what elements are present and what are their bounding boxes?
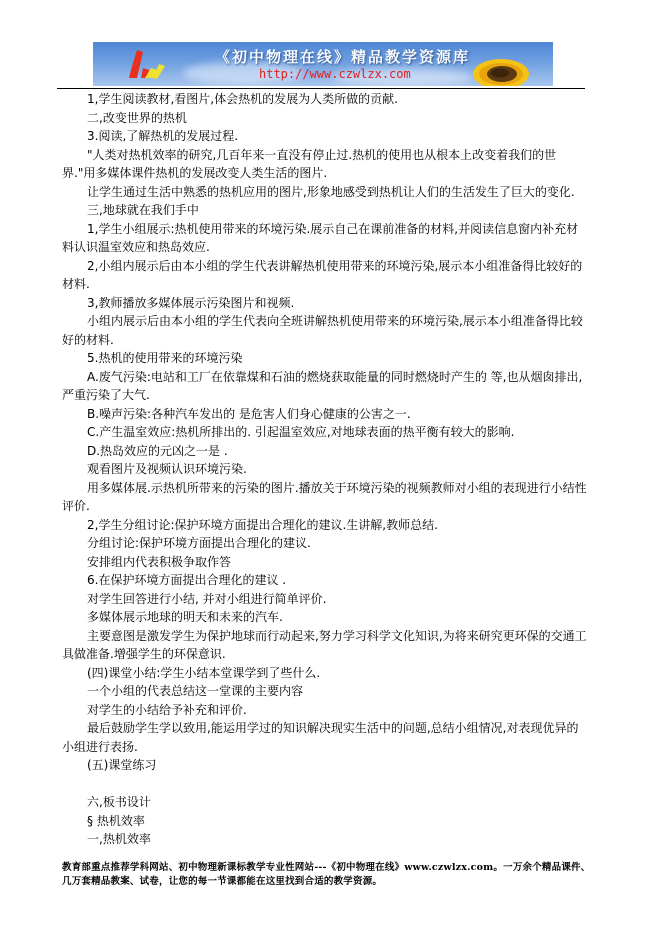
footer-line-2: 几万套精品教案、试卷，让您的每一节课都能在这里找到合适的教学资源。 (62, 875, 592, 889)
section-heading: (四)课堂小结:学生小结本堂课学到了些什么. (62, 664, 587, 683)
paragraph: 2,学生分组讨论:保护环境方面提出合理化的建议.生讲解,教师总结. (62, 516, 587, 535)
paragraph: 5.热机的使用带来的环境污染 (62, 349, 587, 368)
paragraph: 6.在保护环境方面提出合理化的建议 . (62, 571, 587, 590)
banner-title: 《初中物理在线》精品教学资源库 (215, 46, 470, 67)
paragraph: 用多媒体展.示热机所带来的污染的图片.播放关于环境污染的视频教师对小组的表现进行… (62, 479, 587, 516)
section-heading: (五)课堂练习 (62, 756, 587, 775)
paragraph: 1,学生小组展示:热机使用带来的环境污染.展示自己在课前准备的材料,并阅读信息窗… (62, 220, 587, 257)
section-heading: 二,改变世界的热机 (62, 109, 587, 128)
paragraph: 最后鼓励学生学以致用,能运用学过的知识解决现实生活中的问题,总结小组情况,对表现… (62, 719, 587, 756)
section-heading: 六,板书设计 (62, 793, 587, 812)
paragraph: 多媒体展示地球的明天和未来的汽车. (62, 608, 587, 627)
blank-line (62, 775, 587, 794)
site-banner[interactable]: 《初中物理在线》精品教学资源库 http://www.czwlzx.com (93, 42, 553, 86)
paragraph: "人类对热机效率的研究,几百年来一直没有停止过.热机的使用也从根本上改变着我们的… (62, 146, 587, 183)
paragraph: 观看图片及视频认识环境污染. (62, 460, 587, 479)
paragraph: 对学生的小结给予补充和评价. (62, 701, 587, 720)
paragraph: 2,小组内展示后由本小组的学生代表讲解热机使用带来的环境污染,展示本小组准备得比… (62, 257, 587, 294)
board-title: § 热机效率 (62, 812, 587, 831)
paragraph: 让学生通过生活中熟悉的热机应用的图片,形象地感受到热机让人们的生活发生了巨大的变… (62, 183, 587, 202)
paragraph: 主要意图是激发学生为保护地球而行动起来,努力学习科学文化知识,为将来研究更环保的… (62, 627, 587, 664)
header-divider (57, 88, 585, 89)
sunflower-icon (471, 50, 531, 86)
paragraph: 对学生回答进行小结, 并对小组进行简单评价. (62, 590, 587, 609)
paragraph: C.产生温室效应:热机所排出的. 引起温室效应,对地球表面的热平衡有较大的影响. (62, 423, 587, 442)
paragraph: A.废气污染:电站和工厂在依靠煤和石油的燃烧获取能量的同时燃烧时产生的 等,也从… (62, 368, 587, 405)
paragraph: 3,教师播放多媒体展示污染图片和视频. (62, 294, 587, 313)
lesson-plan-body: 1,学生阅读教材,看图片,体会热机的发展为人类所做的贡献. 二,改变世界的热机 … (62, 90, 587, 849)
banner-url[interactable]: http://www.czwlzx.com (259, 67, 411, 81)
paragraph: 安排组内代表积极争取作答 (62, 553, 587, 572)
footer-line-1: 教育部重点推荐学科网站、初中物理新课标教学专业性网站---《初中物理在线》www… (62, 861, 592, 875)
paragraph: 一个小组的代表总结这一堂课的主要内容 (62, 682, 587, 701)
paragraph: 小组内展示后由本小组的学生代表向全班讲解热机使用带来的环境污染,展示本小组准备得… (62, 312, 587, 349)
site-footer: 教育部重点推荐学科网站、初中物理新课标教学专业性网站---《初中物理在线》www… (62, 861, 592, 889)
section-heading: 三,地球就在我们手中 (62, 201, 587, 220)
paragraph: 3.阅读,了解热机的发展过程. (62, 127, 587, 146)
paragraph: B.噪声污染:各种汽车发出的 是危害人们身心健康的公害之一. (62, 405, 587, 424)
paragraph: 1,学生阅读教材,看图片,体会热机的发展为人类所做的贡献. (62, 90, 587, 109)
board-item: 一,热机效率 (62, 830, 587, 849)
paragraph: 分组讨论:保护环境方面提出合理化的建议. (62, 534, 587, 553)
paragraph: D.热岛效应的元凶之一是 . (62, 442, 587, 461)
czwlzx-logo-icon (127, 48, 167, 82)
